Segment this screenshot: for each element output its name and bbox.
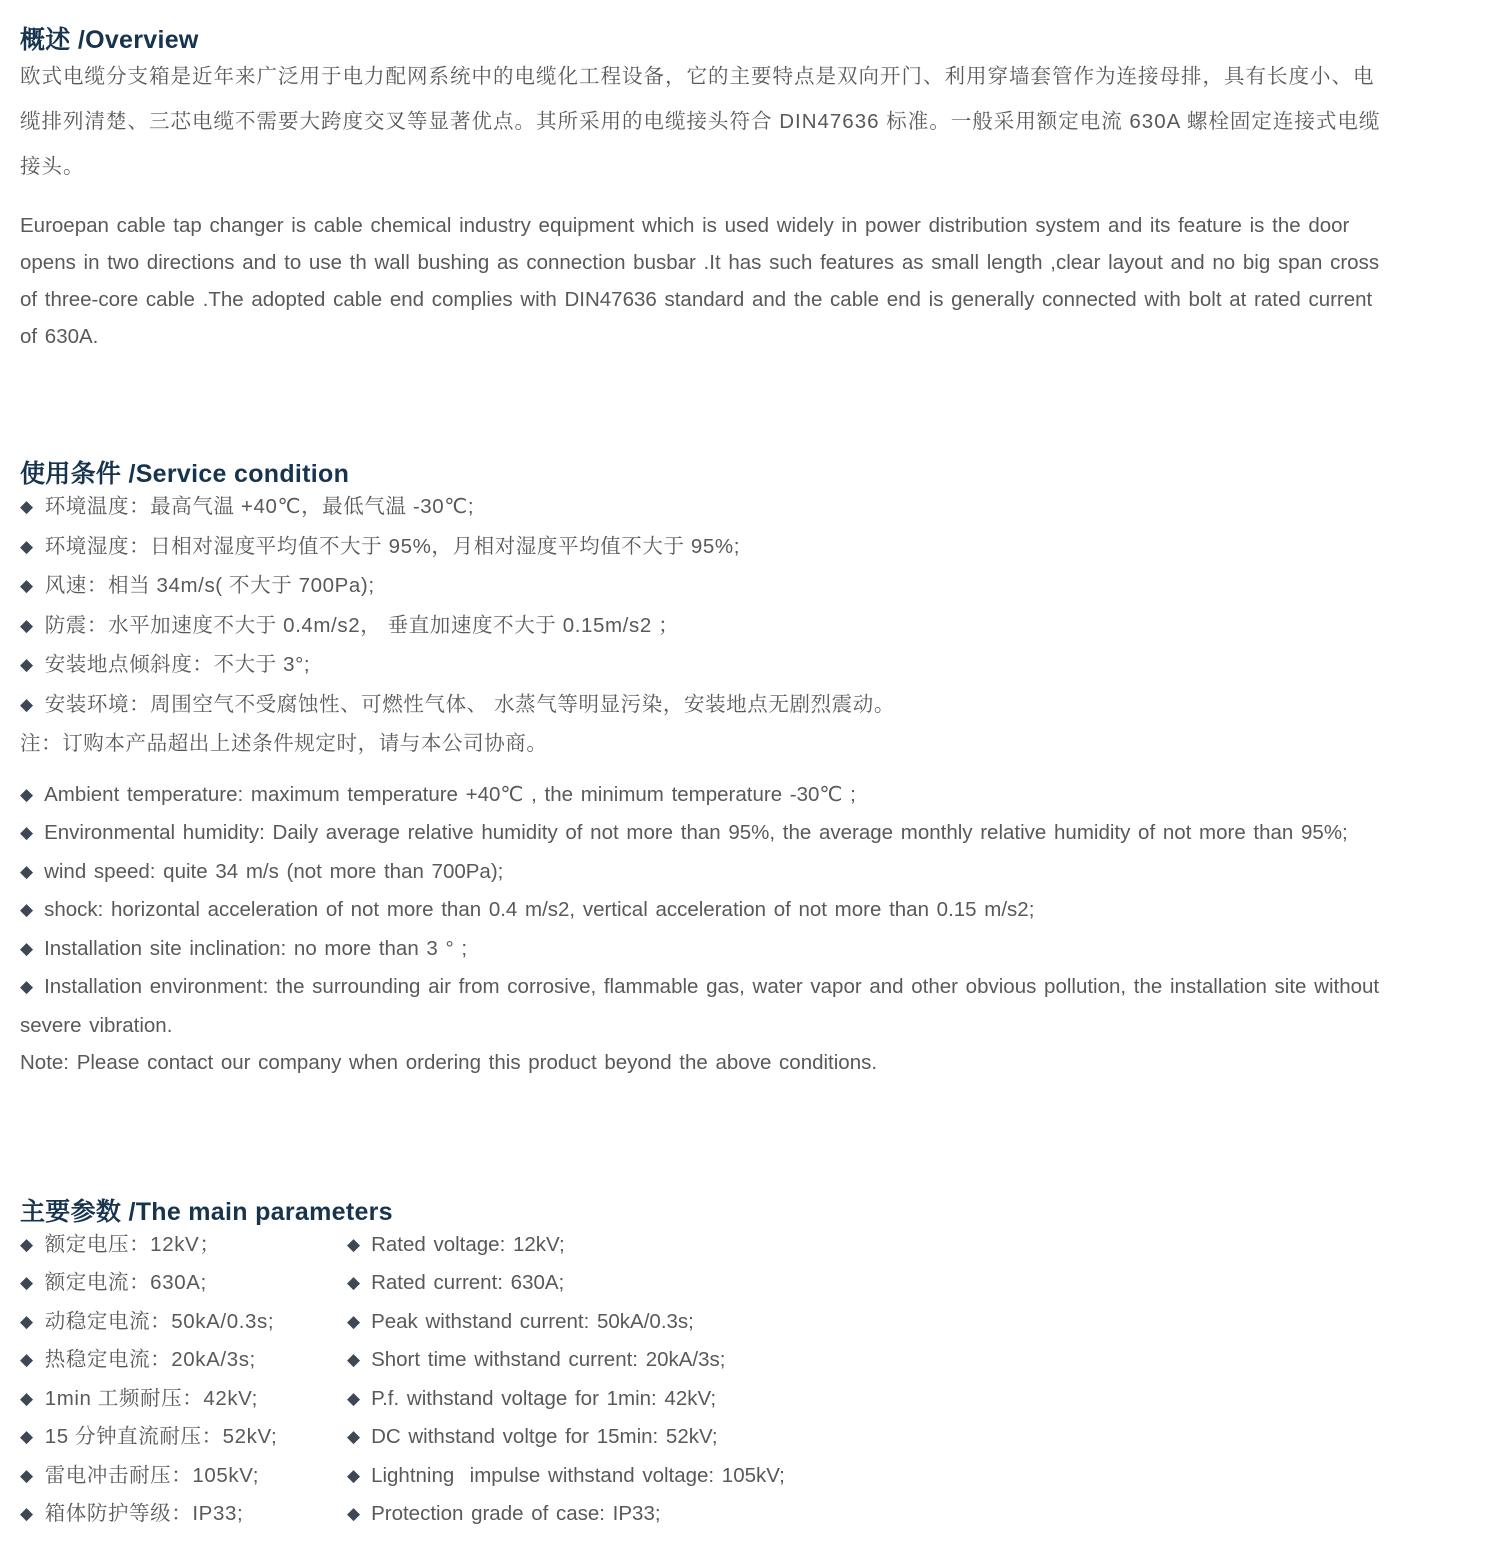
diamond-bullet-icon: ◆ [20,939,33,958]
service-condition-section: 使用条件 /Service condition ◆环境温度：最高气温 +40℃，… [20,460,1392,1082]
parameter-row: ◆1min 工频耐压：42kV; ◆P.f. withstand voltage… [20,1380,1392,1419]
diamond-bullet-icon: ◆ [347,1504,360,1523]
parameter-row: ◆热稳定电流：20kA/3s; ◆Short time withstand cu… [20,1341,1392,1380]
service-condition-item-en: ◆wind speed: quite 34 m/s (not more than… [20,853,1392,892]
service-condition-item-en-text: Ambient temperature: maximum temperature… [44,783,856,806]
parameter-cell-cn: ◆额定电压：12kV； [20,1226,347,1265]
diamond-bullet-icon: ◆ [347,1235,360,1254]
diamond-bullet-icon: ◆ [20,900,33,919]
diamond-bullet-icon: ◆ [347,1466,360,1485]
diamond-bullet-icon: ◆ [20,616,34,635]
diamond-bullet-icon: ◆ [347,1312,360,1331]
diamond-bullet-icon: ◆ [347,1389,360,1408]
service-condition-item-cn: ◆安装环境：周围空气不受腐蚀性、可燃性气体、 水蒸气等明显污染，安装地点无剧烈震… [20,686,1392,726]
parameter-cell-cn: ◆1min 工频耐压：42kV; [20,1380,347,1419]
service-condition-item-cn: ◆防震：水平加速度不大于 0.4m/s2， 垂直加速度不大于 0.15m/s2 … [20,607,1392,647]
diamond-bullet-icon: ◆ [20,1273,34,1292]
diamond-bullet-icon: ◆ [347,1350,360,1369]
diamond-bullet-icon: ◆ [20,1350,34,1369]
parameter-cn-text: 额定电压：12kV； [45,1233,221,1256]
diamond-bullet-icon: ◆ [20,862,33,881]
parameter-cn-text: 动稳定电流：50kA/0.3s; [45,1310,274,1333]
parameter-cell-cn: ◆热稳定电流：20kA/3s; [20,1341,347,1380]
diamond-bullet-icon: ◆ [20,785,33,804]
service-condition-item-en: ◆Environmental humidity: Daily average r… [20,814,1392,853]
diamond-bullet-icon: ◆ [347,1427,360,1446]
parameter-en-text: Rated voltage: 12kV; [371,1233,565,1256]
parameter-en-text: Rated current: 630A; [371,1271,564,1294]
parameter-row: ◆动稳定电流：50kA/0.3s; ◆Peak withstand curren… [20,1303,1392,1342]
parameter-cell-en: ◆P.f. withstand voltage for 1min: 42kV; [347,1380,1392,1419]
parameter-row: ◆15 分钟直流耐压：52kV; ◆DC withstand voltge fo… [20,1418,1392,1457]
service-condition-item-en-text: wind speed: quite 34 m/s (not more than … [44,860,503,883]
parameter-row: ◆额定电流：630A; ◆Rated current: 630A; [20,1264,1392,1303]
parameter-row: ◆箱体防护等级：IP33; ◆Protection grade of case:… [20,1495,1392,1534]
parameter-cell-cn: ◆额定电流：630A; [20,1264,347,1303]
diamond-bullet-icon: ◆ [20,1504,34,1523]
parameter-cell-en: ◆Lightning impulse withstand voltage: 10… [347,1457,1392,1496]
parameter-cell-en: ◆DC withstand voltge for 15min: 52kV; [347,1418,1392,1457]
parameter-cell-en: ◆Protection grade of case: IP33; [347,1495,1392,1534]
service-condition-item-en-text: shock: horizontal acceleration of not mo… [44,898,1034,921]
service-condition-heading: 使用条件 /Service condition [20,460,1392,488]
diamond-bullet-icon: ◆ [20,497,34,516]
service-condition-item-en-text: Environmental humidity: Daily average re… [44,821,1348,844]
parameter-cell-en: ◆Peak withstand current: 50kA/0.3s; [347,1303,1392,1342]
overview-heading: 概述 /Overview [20,26,1392,54]
datasheet-page: 概述 /Overview 欧式电缆分支箱是近年来广泛用于电力配网系统中的电缆化工… [0,0,1500,1554]
parameter-cell-en: ◆Short time withstand current: 20kA/3s; [347,1341,1392,1380]
diamond-bullet-icon: ◆ [20,1427,34,1446]
service-condition-item-en: ◆Installation environment: the surroundi… [20,968,1392,1044]
parameter-cn-text: 1min 工频耐压：42kV; [45,1387,258,1410]
parameter-cell-en: ◆Rated voltage: 12kV; [347,1226,1392,1265]
parameter-en-text: P.f. withstand voltage for 1min: 42kV; [371,1387,716,1410]
parameter-en-text: DC withstand voltge for 15min: 52kV; [371,1425,718,1448]
diamond-bullet-icon: ◆ [20,695,34,714]
parameter-cn-text: 额定电流：630A; [45,1271,207,1294]
service-condition-note-cn: 注：订购本产品超出上述条件规定时，请与本公司协商。 [20,725,1392,764]
diamond-bullet-icon: ◆ [20,1312,34,1331]
parameter-cell-cn: ◆箱体防护等级：IP33; [20,1495,347,1534]
service-condition-item-cn: ◆安装地点倾斜度：不大于 3°; [20,646,1392,686]
parameter-en-text: Peak withstand current: 50kA/0.3s; [371,1310,694,1333]
service-condition-item-en-text: Installation site inclination: no more t… [44,937,467,960]
service-condition-item-cn-text: 环境温度：最高气温 +40℃，最低气温 -30℃; [45,495,475,518]
overview-paragraph-en: Euroepan cable tap changer is cable chem… [20,207,1392,355]
service-condition-item-en: ◆Ambient temperature: maximum temperatur… [20,776,1392,815]
diamond-bullet-icon: ◆ [20,1389,34,1408]
service-condition-item-cn-text: 风速：相当 34m/s( 不大于 700Pa); [45,574,375,597]
service-condition-item-cn-text: 安装地点倾斜度：不大于 3°; [45,653,311,676]
service-condition-item-en: ◆shock: horizontal acceleration of not m… [20,891,1392,930]
parameter-cell-en: ◆Rated current: 630A; [347,1264,1392,1303]
parameter-cell-cn: ◆15 分钟直流耐压：52kV; [20,1418,347,1457]
diamond-bullet-icon: ◆ [20,977,33,996]
main-parameters-section: 主要参数 /The main parameters ◆额定电压：12kV； ◆R… [20,1198,1392,1534]
parameter-cell-cn: ◆动稳定电流：50kA/0.3s; [20,1303,347,1342]
service-condition-item-cn-text: 环境湿度：日相对湿度平均值不大于 95%，月相对湿度平均值不大于 95%; [45,535,740,558]
service-condition-item-cn: ◆风速：相当 34m/s( 不大于 700Pa); [20,567,1392,607]
diamond-bullet-icon: ◆ [20,537,34,556]
diamond-bullet-icon: ◆ [20,576,34,595]
service-condition-item-cn-text: 安装环境：周围空气不受腐蚀性、可燃性气体、 水蒸气等明显污染，安装地点无剧烈震动… [45,693,895,716]
parameter-row: ◆额定电压：12kV； ◆Rated voltage: 12kV; [20,1226,1392,1265]
parameter-cn-text: 15 分钟直流耐压：52kV; [45,1425,278,1448]
parameter-en-text: Protection grade of case: IP33; [371,1502,660,1525]
parameter-cell-cn: ◆雷电冲击耐压：105kV; [20,1457,347,1496]
main-parameters-heading: 主要参数 /The main parameters [20,1198,1392,1226]
service-condition-item-en-text: Installation environment: the surroundin… [20,975,1387,1037]
service-condition-item-en: ◆Installation site inclination: no more … [20,930,1392,969]
parameter-cn-text: 热稳定电流：20kA/3s; [45,1348,256,1371]
diamond-bullet-icon: ◆ [20,655,34,674]
parameter-cn-text: 雷电冲击耐压：105kV; [45,1464,259,1487]
overview-section: 概述 /Overview 欧式电缆分支箱是近年来广泛用于电力配网系统中的电缆化工… [20,26,1392,355]
service-condition-list-en: ◆Ambient temperature: maximum temperatur… [20,776,1392,1045]
parameter-row: ◆雷电冲击耐压：105kV; ◆Lightning impulse withst… [20,1457,1392,1496]
diamond-bullet-icon: ◆ [20,823,33,842]
service-condition-note-en: Note: Please contact our company when or… [20,1044,1392,1082]
service-condition-list-cn: ◆环境温度：最高气温 +40℃，最低气温 -30℃; ◆环境湿度：日相对湿度平均… [20,488,1392,725]
diamond-bullet-icon: ◆ [347,1273,360,1292]
service-condition-item-cn: ◆环境温度：最高气温 +40℃，最低气温 -30℃; [20,488,1392,528]
diamond-bullet-icon: ◆ [20,1466,34,1485]
service-condition-item-cn-text: 防震：水平加速度不大于 0.4m/s2， 垂直加速度不大于 0.15m/s2 ； [45,614,680,637]
parameter-cn-text: 箱体防护等级：IP33; [45,1502,244,1525]
service-condition-item-cn: ◆环境湿度：日相对湿度平均值不大于 95%，月相对湿度平均值不大于 95%; [20,528,1392,568]
overview-paragraph-cn: 欧式电缆分支箱是近年来广泛用于电力配网系统中的电缆化工程设备，它的主要特点是双向… [20,54,1392,189]
parameter-en-text: Short time withstand current: 20kA/3s; [371,1348,725,1371]
main-parameters-table: ◆额定电压：12kV； ◆Rated voltage: 12kV; ◆额定电流：… [20,1226,1392,1534]
diamond-bullet-icon: ◆ [20,1235,34,1254]
parameter-en-text: Lightning impulse withstand voltage: 105… [371,1464,785,1487]
